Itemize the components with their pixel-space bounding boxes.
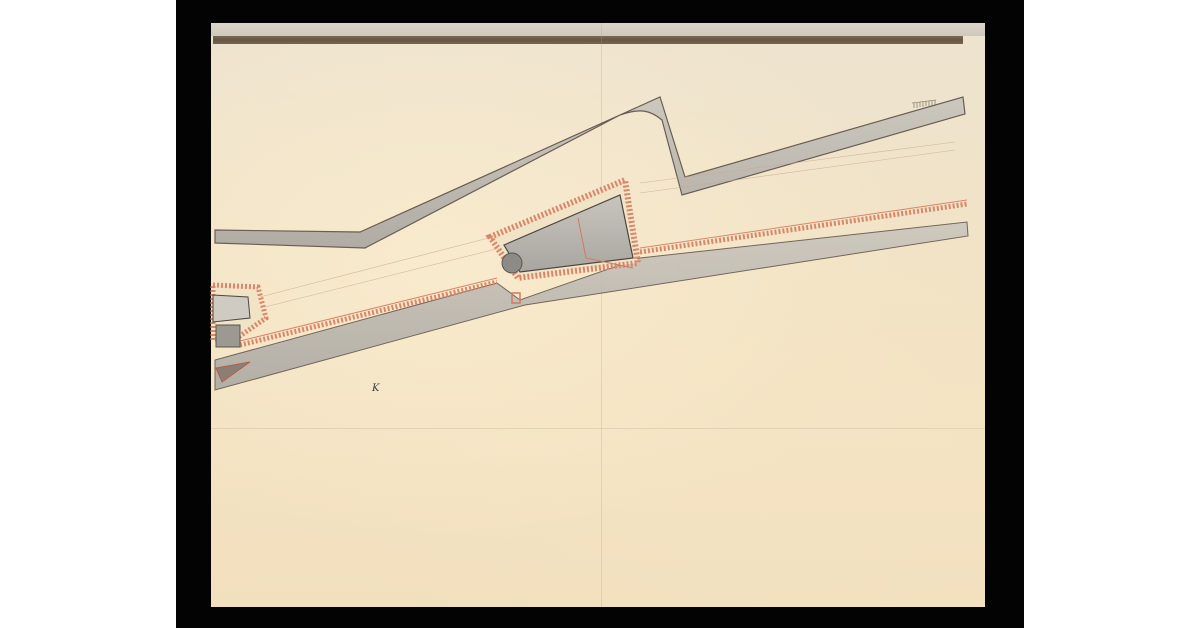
fortification-plan-drawing — [0, 0, 1200, 628]
annotation-letter-k: K — [372, 383, 379, 394]
